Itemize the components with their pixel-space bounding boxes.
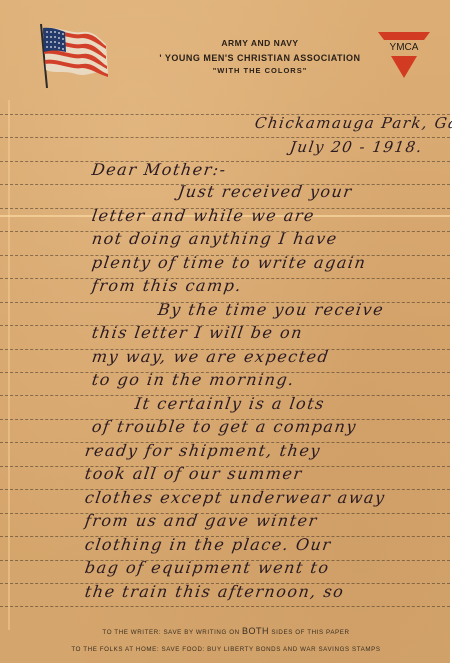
letter-line: took all of our summer: [84, 464, 304, 483]
letter-line: this letter I will be on: [91, 323, 305, 342]
ymca-triangle-logo-icon: [376, 30, 432, 80]
letter-line: plenty of time to write again: [91, 253, 368, 272]
letter-line: letter and while we are: [91, 206, 317, 225]
letter-line: to go in the morning.: [91, 370, 297, 389]
letter-line: of trouble to get a company: [91, 417, 359, 436]
footer-emphasis: BOTH: [242, 626, 269, 636]
letter-date: July 20 - 1918.: [289, 138, 424, 156]
letter-line: clothing in the place. Our: [84, 535, 333, 554]
letter-line: from us and gave winter: [84, 511, 319, 530]
paper-fold-vertical: [8, 100, 10, 630]
footer-writer-note: TO THE WRITER: SAVE BY WRITING ON BOTH S…: [0, 626, 452, 636]
letter-page: ARMY AND NAVY ' YOUNG MEN'S CHRISTIAN AS…: [0, 0, 452, 663]
letter-line: from this camp.: [91, 276, 244, 295]
letter-line: not doing anything I have: [91, 229, 339, 248]
footer-text: SIDES OF THIS PAPER: [271, 629, 349, 636]
letter-line: clothes except underwear away: [84, 488, 387, 507]
letter-line: ready for shipment, they: [84, 441, 323, 460]
letter-place: Chickamauga Park, Ga.: [254, 114, 452, 132]
ruled-line: [0, 606, 450, 607]
letter-line: By the time you receive: [157, 300, 386, 319]
us-flag-icon: [38, 22, 110, 90]
letter-line: It certainly is a lots: [134, 394, 327, 413]
letter-line: my way, we are expected: [91, 347, 331, 366]
ymca-logo-text: YMCA: [379, 42, 429, 53]
footer-home-note: TO THE FOLKS AT HOME: SAVE FOOD: BUY LIB…: [0, 646, 452, 653]
letterhead-motto: "WITH THE COLORS": [130, 66, 390, 75]
letterhead-org-line: ARMY AND NAVY: [130, 38, 390, 48]
footer-text: TO THE WRITER: SAVE BY WRITING ON: [102, 629, 239, 636]
letterhead-org-name: ' YOUNG MEN'S CHRISTIAN ASSOCIATION: [130, 53, 390, 63]
letter-line: the train this afternoon, so: [84, 582, 346, 601]
letter-salutation: Dear Mother:-: [91, 160, 228, 179]
letter-line: Just received your: [177, 182, 354, 201]
letter-line: bag of equipment went to: [84, 558, 331, 577]
